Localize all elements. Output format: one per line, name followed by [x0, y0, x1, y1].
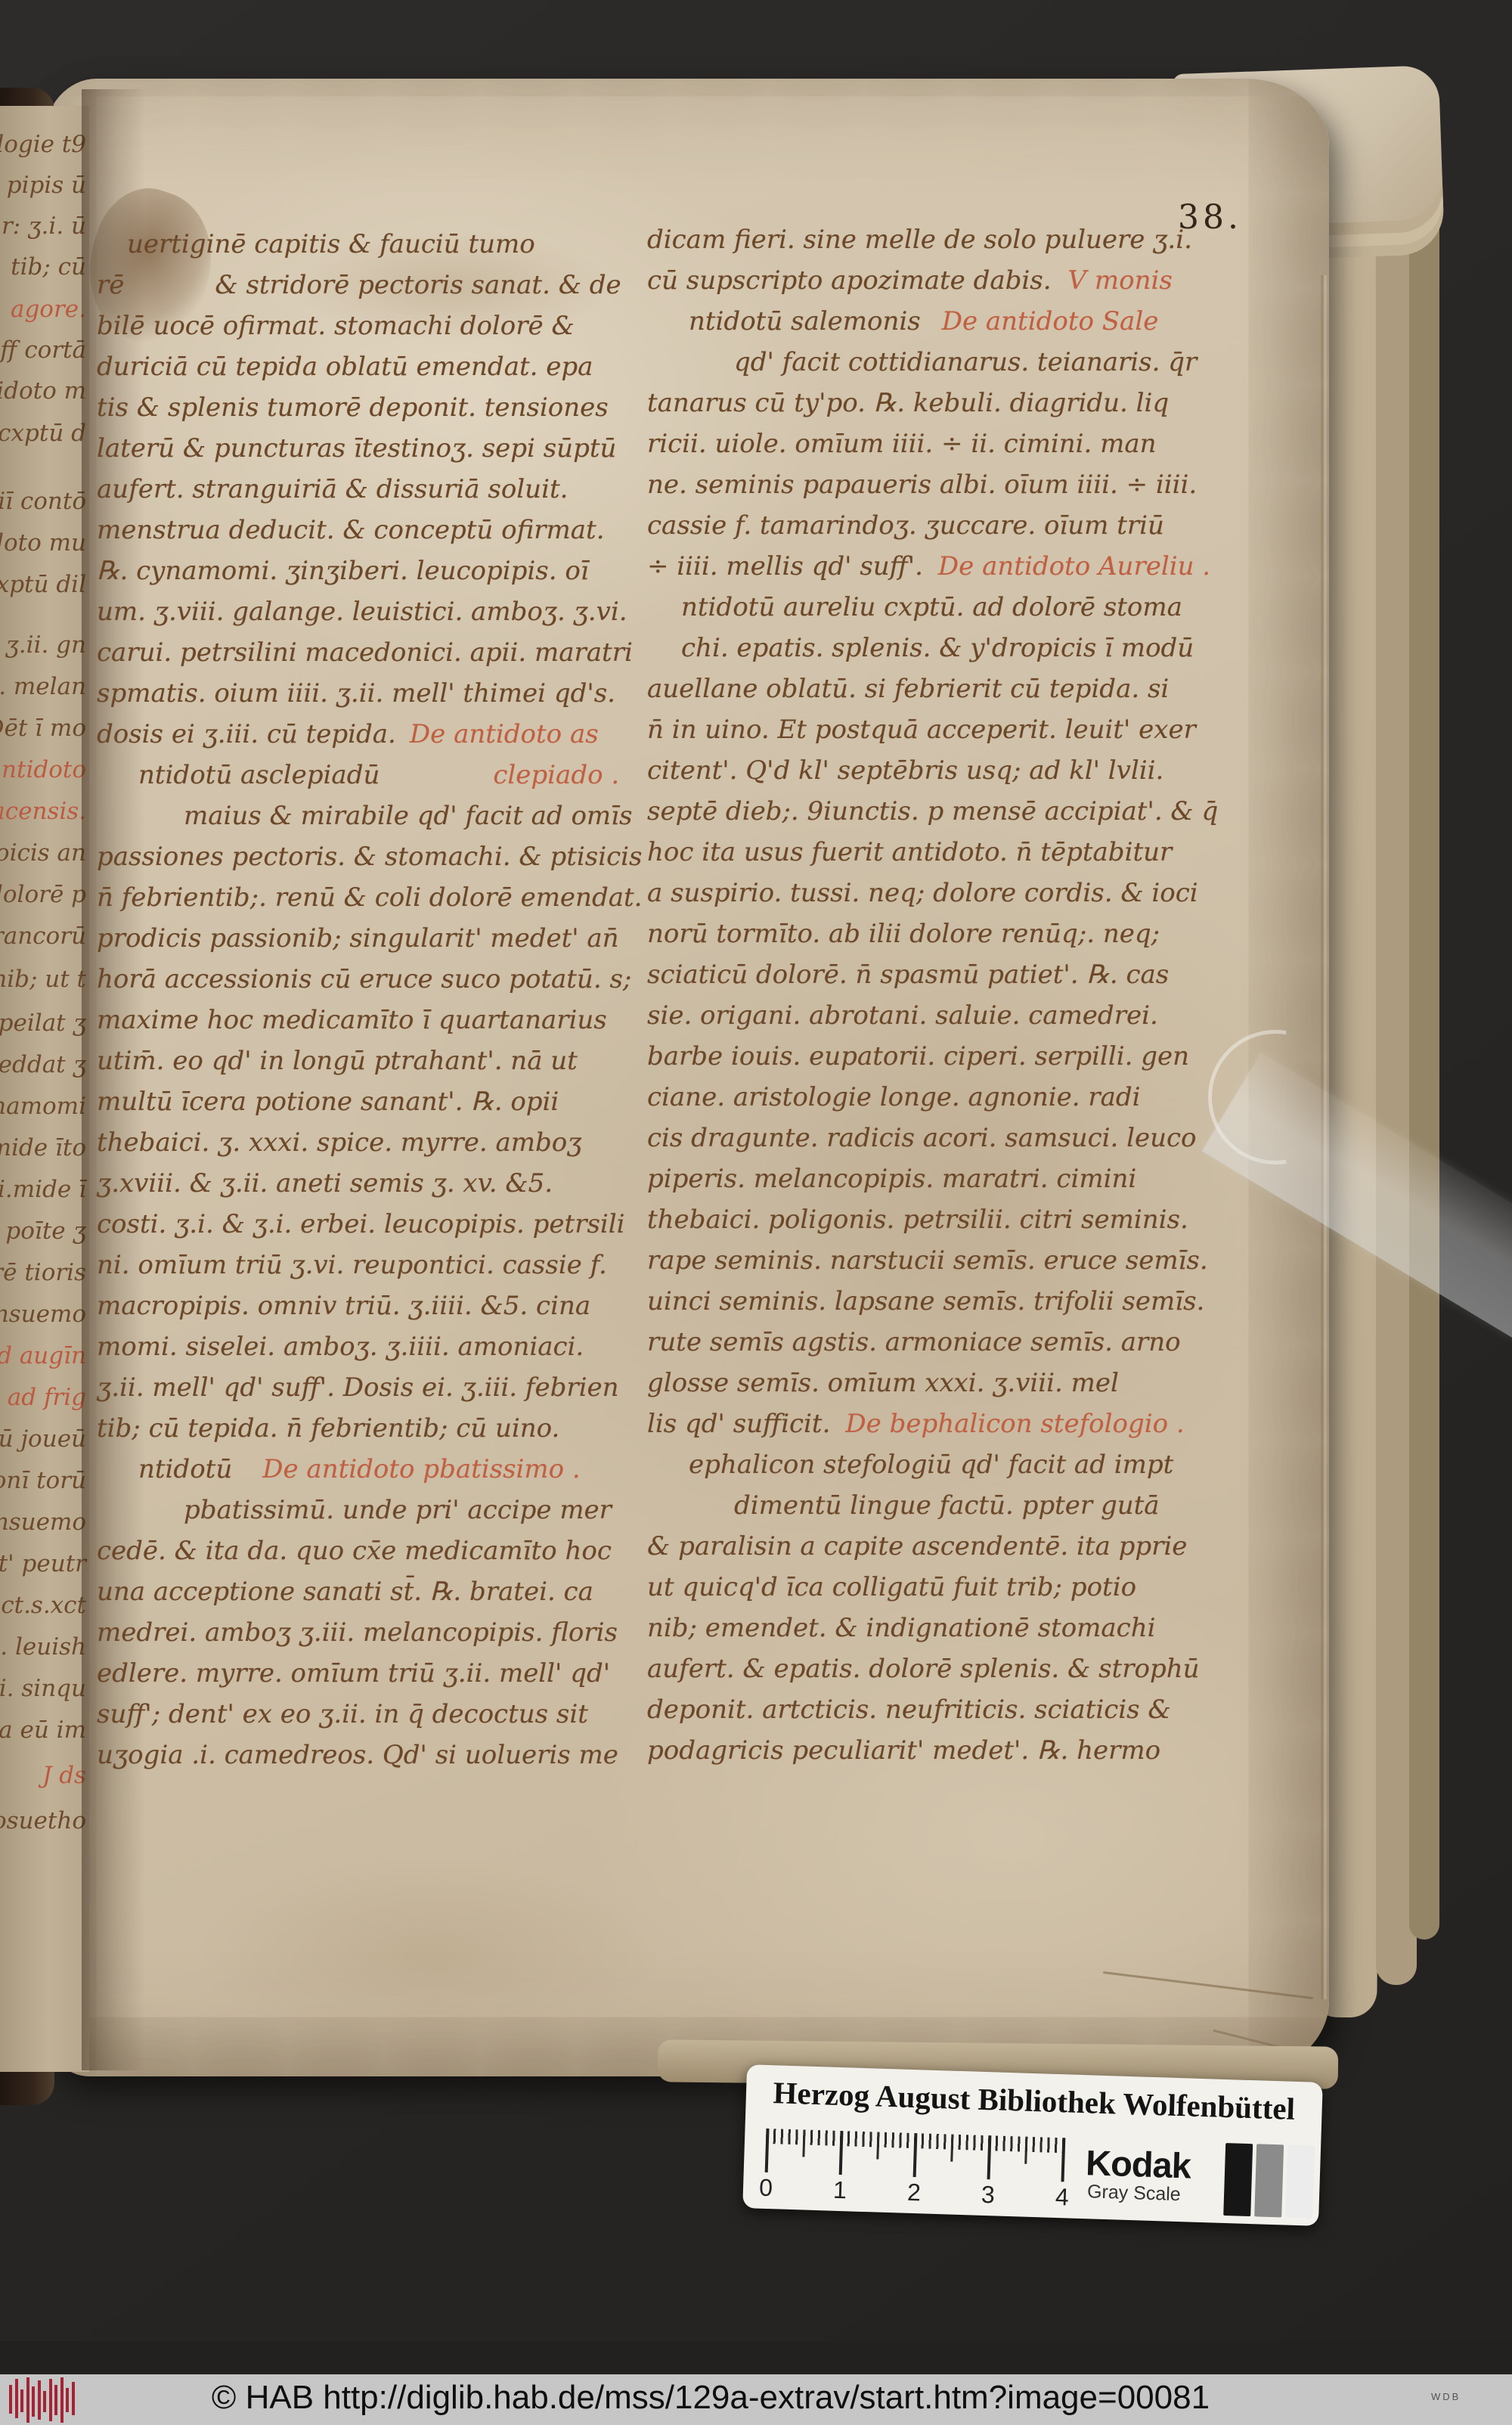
body-text: ÷ iiii. mellis qd' suff'.: [647, 551, 923, 581]
body-text: hoc ita usus fuerit antidoto. n̄ tēptabi…: [647, 837, 1172, 867]
manuscript-line: momi. siselei. amboʒ. ʒ.iiii. amoniaci.: [97, 1326, 658, 1367]
manuscript-line: ni. omīum triū ʒ.vi. reupontici. cassie …: [97, 1245, 658, 1285]
manuscript-line: lis qd' sufficit.De bephalicon stefologi…: [647, 1403, 1219, 1444]
rubric-text: V monis: [1068, 265, 1173, 296]
manuscript-line: multū īcera potione sanant'. ℞. opii: [97, 1081, 658, 1122]
manuscript-line: bilē uocē ofirmat. stomachi dolorē &: [97, 305, 658, 346]
manuscript-line: maius & mirabile qd' facit ad omīs: [97, 795, 658, 836]
manuscript-line: qd' facit cottidianarus. teianaris. q̄r: [647, 342, 1219, 383]
body-text: barbe iouis. eupatorii. ciperi. serpilli…: [647, 1041, 1189, 1071]
digitized-manuscript-scan: { "page_number": "38.", "colors": { "bac…: [0, 0, 1512, 2425]
body-text: dosis ei ʒ.iii. cū tepida.: [97, 719, 396, 749]
leaf-edge-fragment: i. sinqu: [0, 1671, 86, 1706]
manuscript-line: horā accessionis cū eruce suco potatū. s…: [97, 959, 658, 1000]
body-text: cis dragunte. radicis acori. samsuci. le…: [647, 1123, 1197, 1153]
leaf-edge-fragment: · & ʒ.ii. gn: [0, 628, 86, 662]
gray-patch: [1285, 2145, 1315, 2219]
previous-leaf-edge: ologie t9co pipis ūr: ʒ.i. ūtib; cūagore…: [0, 106, 89, 2072]
leaf-edge-fragment: i. &s. melan: [0, 669, 86, 704]
body-text: utim̄. eo qd' in longū ptrahant'. nā ut: [97, 1046, 578, 1076]
manuscript-line: edlere. myrre. omīum triū ʒ.ii. mell' qd…: [97, 1653, 658, 1694]
manuscript-line: podagricis peculiarit' medet'. ℞. hermo: [647, 1730, 1219, 1771]
ruler-number: 1: [833, 2176, 847, 2205]
kodak-brand: Kodak: [1085, 2141, 1191, 2186]
rubric-text: De antidoto Sale: [942, 306, 1159, 336]
body-text: ntidotū salemonis: [689, 306, 921, 336]
body-text: spmatis. oium iiii. ʒ.ii. mell' thimei q…: [97, 678, 615, 709]
ruler-number: 3: [981, 2181, 995, 2209]
body-text: piperis. melancopipis. maratri. cimini: [647, 1164, 1136, 1194]
leaf-edge-fragment: tib; cū: [11, 250, 86, 284]
rubric-text: De antidoto Aureliu .: [938, 551, 1210, 581]
ruler-cm-tick: [765, 2129, 770, 2172]
body-text: uʒogia .i. camedreos. Qd' si uolueris me: [97, 1740, 618, 1770]
leaf-edge-fragment: r: ʒ.i. ū: [2, 209, 86, 243]
leaf-edge-fragment: ff peilat ʒ: [0, 1006, 86, 1040]
manuscript-line: barbe iouis. eupatorii. ciperi. serpilli…: [647, 1036, 1219, 1077]
leaf-edge-fragment: ntidoto m: [0, 374, 86, 408]
body-text: una acceptione sanati st̄. ℞. bratei. ca: [97, 1577, 593, 1607]
body-text: podagricis peculiarit' medet'. ℞. hermo: [647, 1735, 1160, 1766]
leaf-edge-fragment: osuetho: [0, 1803, 86, 1838]
manuscript-line: septē dieb;. 9iunctis. p mensē accipiat'…: [647, 791, 1219, 832]
ruler-cm-tick: [913, 2133, 918, 2177]
manuscript-line: ntidotūDe antidoto pbatissimo .: [97, 1449, 658, 1490]
body-text: pbatissimū. unde pri' accipe mer: [184, 1495, 612, 1525]
body-text: n̄ in uino. Et postquā acceperit. leuit'…: [647, 715, 1196, 745]
manuscript-line: sciaticū dolorē. n̄ spasmū patiet'. ℞. c…: [647, 954, 1219, 995]
rubric-text: De antidoto as: [410, 719, 599, 749]
manuscript-line: duriciā cū tepida oblatū emendat. epa: [97, 346, 658, 387]
manuscript-line: ne. seminis papaueris albi. oīum iiii. ÷…: [647, 464, 1219, 505]
leaf-edge-fragment: co pipis ū: [0, 168, 86, 203]
body-text: prodicis passionib; singularit' medet' a…: [97, 923, 619, 954]
body-text: costi. ʒ.i. & ʒ.i. erbei. leucopipis. pe…: [97, 1209, 625, 1239]
manuscript-line: laterū & puncturas ītestinoʒ. sepi sūptū: [97, 428, 658, 469]
manuscript-line: nib; emendet. & indignationē stomachi: [647, 1608, 1219, 1648]
manuscript-line: aufert. & epatis. dolorē splenis. & stro…: [647, 1648, 1219, 1689]
body-text: norū tormīto. ab ilii dolore renūq;. neq…: [647, 919, 1160, 949]
body-text: edlere. myrre. omīum triū ʒ.ii. mell' qd…: [97, 1658, 610, 1689]
body-text: aufert. & epatis. dolorē splenis. & stro…: [647, 1654, 1200, 1684]
leaf-edge-fragment: ad frig: [8, 1380, 86, 1415]
body-text: thebaici. poligonis. petrsilii. citri se…: [647, 1205, 1188, 1235]
leaf-edge-fragment: ad dolorē p: [0, 877, 86, 912]
body-text: passiones pectoris. & stomachi. & ptisic…: [97, 842, 642, 872]
manuscript-line: cū supscripto apozimate dabis.V monis: [647, 260, 1219, 301]
body-text: ʒ.ii. mell' qd' suff'. Dosis ei. ʒ.iii. …: [97, 1372, 618, 1403]
library-name: Herzog August Bibliothek Wolfenbüttel: [745, 2073, 1322, 2128]
manuscript-line: ciane. aristologie longe. agnonie. radi: [647, 1077, 1219, 1118]
manuscript-line: cassie f. tamarindoʒ. ʒuccare. oīum triū: [647, 505, 1219, 546]
manuscript-line: rute semīs agstis. armoniace semīs. arno: [647, 1322, 1219, 1363]
manuscript-line: rape seminis. narstucii semīs. eruce sem…: [647, 1240, 1219, 1281]
leaf-edge-fragment: b.ff cortā: [0, 333, 86, 367]
ruler-half-tick: [802, 2129, 805, 2157]
manuscript-line: dosis ei ʒ.iii. cū tepida.De antidoto as: [97, 714, 658, 755]
body-text: aufert. stranguiriā & dissuriā soluit.: [97, 474, 568, 504]
dark-band: [0, 2341, 1512, 2374]
manuscript-line: a suspirio. tussi. neq; dolore cordis. &…: [647, 873, 1219, 913]
body-text: ntidotū asclepiadū: [138, 760, 380, 790]
gray-patch: [1223, 2143, 1253, 2216]
leaf-edge-fragment: ssionib; ut t: [0, 962, 86, 997]
leaf-edge-fragment: msuemo: [0, 1297, 86, 1332]
manuscript-line: hoc ita usus fuerit antidoto. n̄ tēptabi…: [647, 832, 1219, 873]
ruler-number: 2: [906, 2178, 921, 2207]
body-text: thebaici. ʒ. xxxi. spice. myrre. amboʒ: [97, 1127, 581, 1158]
body-text: & paralisin a capite ascendentē. ita ppr…: [647, 1531, 1187, 1561]
leaf-edge-fragment: ntidoto mu: [0, 526, 86, 560]
leaf-edge-fragment: ē. Dēt ī mo: [0, 711, 86, 746]
manuscript-line: ntidotū aureliu cxptū. ad dolorē stoma: [647, 587, 1219, 628]
manuscript-line: ntidotū salemonisDe antidoto Sale: [647, 301, 1219, 342]
body-text: horā accessionis cū eruce suco potatū. s…: [97, 964, 631, 994]
scale-card: Herzog August Bibliothek Wolfenbüttel 01…: [742, 2064, 1323, 2226]
body-text: duriciā cū tepida oblatū emendat. epa: [97, 352, 593, 382]
body-text: ne. seminis papaueris albi. oīum iiii. ÷…: [647, 470, 1197, 500]
manuscript-line: auellane oblatū. si febrierit cū tepida.…: [647, 668, 1219, 709]
body-text: rape seminis. narstucii semīs. eruce sem…: [647, 1245, 1208, 1276]
manuscript-line: glosse semīs. omīum xxxi. ʒ.viii. mel: [647, 1363, 1219, 1403]
body-text: tib; cū tepida. n̄ febrientib; cū uino.: [97, 1413, 559, 1444]
manuscript-line: utim̄. eo qd' in longū ptrahant'. nā ut: [97, 1040, 658, 1081]
manuscript-line: menstrua deducit. & conceptū ofirmat.: [97, 510, 658, 550]
manuscript-line: norū tormīto. ab ilii dolore renūq;. neq…: [647, 913, 1219, 954]
body-text: ni. omīum triū ʒ.vi. reupontici. cassie …: [97, 1250, 607, 1280]
leaf-edge-fragment: ē cxptū d: [0, 416, 86, 451]
body-text: medrei. amboʒ ʒ.iii. melancopipis. flori…: [97, 1617, 618, 1648]
body-text: a suspirio. tussi. neq; dolore cordis. &…: [647, 878, 1198, 908]
manuscript-line: carui. petrsilini macedonici. apii. mara…: [97, 632, 658, 673]
manuscript-line: passiones pectoris. & stomachi. & ptisic…: [97, 836, 658, 877]
ruler-cm-tick: [1061, 2138, 1066, 2182]
body-text: ℞. cynamomi. ʒinʒiberi. leucopipis. oī: [97, 556, 589, 586]
manuscript-line: dimentū lingue factū. ppter gutā: [647, 1485, 1219, 1526]
body-text: rē: [97, 270, 124, 300]
manuscript-line: tanarus cū ty'po. ℞. kebuli. diagridu. l…: [647, 383, 1219, 423]
ruler-half-tick: [950, 2135, 953, 2162]
manuscript-line: tis & splenis tumorē deponit. tensiones: [97, 387, 658, 428]
manuscript-line: deponit. artcticis. neufriticis. sciatic…: [647, 1689, 1219, 1730]
body-text: bilē uocē ofirmat. stomachi dolorē &: [97, 311, 575, 341]
manuscript-line: dicam fieri. sine melle de solo puluere …: [647, 219, 1219, 260]
body-text: ntidotū aureliu cxptū. ad dolorē stoma: [681, 592, 1182, 622]
body-text: lis qd' sufficit.: [647, 1409, 830, 1439]
manuscript-line: ricii. uiole. omīum iiii. ÷ ii. cimini. …: [647, 423, 1219, 464]
manuscript-line: aufert. stranguiriā & dissuriā soluit.: [97, 469, 658, 510]
body-text: ciane. aristologie longe. agnonie. radi: [647, 1082, 1141, 1112]
leaf-edge-fragment: ct.s.xct: [1, 1588, 86, 1623]
leaf-edge-fragment: tiorē tioris: [0, 1255, 86, 1290]
ruler-half-tick: [1024, 2137, 1027, 2164]
body-text: ephalicon stefologiū qd' facit ad impt: [689, 1450, 1173, 1480]
body-text: n̄ febrientib;. renū & coli dolorē emend…: [97, 882, 642, 913]
body-text: cedē. & ita da. quo cx̄e medicamīto hoc: [97, 1536, 612, 1566]
body-text: ʒ.xviii. & ʒ.ii. aneti semis ʒ. xv. &5.: [97, 1168, 553, 1199]
body-text: ricii. uiole. omīum iiii. ÷ ii. cimini. …: [647, 429, 1157, 459]
manuscript-line: medrei. amboʒ ʒ.iii. melancopipis. flori…: [97, 1612, 658, 1653]
body-text: laterū & puncturas ītestinoʒ. sepi sūptū: [97, 433, 616, 464]
manuscript-line: citent'. Q'd kl' septēbris usq; ad kl' l…: [647, 750, 1219, 791]
manuscript-line: n̄ febrientib;. renū & coli dolorē emend…: [97, 877, 658, 918]
body-text: ut quicq'd īca colligatū fuit trib; poti…: [647, 1572, 1136, 1602]
rubric-text: De antidoto pbatissimo .: [262, 1454, 581, 1484]
rubric-text: clepiado .: [493, 760, 619, 790]
leaf-edge-fragment: De antidoto: [0, 752, 86, 787]
leaf-edge-fragment: reddat ʒ: [0, 1047, 86, 1082]
body-text: glosse semīs. omīum xxxi. ʒ.viii. mel: [647, 1368, 1119, 1398]
text-column-right: dicam fieri. sine melle de solo puluere …: [647, 219, 1219, 1771]
manuscript-line: spmatis. oium iiii. ʒ.ii. mell' thimei q…: [97, 673, 658, 714]
leaf-edge-fragment: disnoicis an: [0, 836, 86, 870]
body-text: chi. epatis. splenis. & y'dropicis ī mod…: [681, 633, 1194, 663]
cm-ruler: 01234: [765, 2129, 1069, 2184]
body-text: carui. petrsilini macedonici. apii. mara…: [97, 637, 633, 668]
body-text: rute semīs agstis. armoniace semīs. arno: [647, 1327, 1181, 1357]
body-text: maxime hoc medicamīto ī quartanarius: [97, 1005, 607, 1035]
leaf-edge-fragment: d augīn: [0, 1338, 86, 1373]
manuscript-line: tib; cū tepida. n̄ febrientib; cū uino.: [97, 1408, 658, 1449]
manuscript-line: ʒ.xviii. & ʒ.ii. aneti semis ʒ. xv. &5.: [97, 1163, 658, 1204]
parchment-crack: [1103, 1971, 1313, 1999]
manuscript-line: maxime hoc medicamīto ī quartanarius: [97, 1000, 658, 1040]
manuscript-line: ℞. cynamomi. ʒinʒiberi. leucopipis. oī: [97, 550, 658, 591]
leaf-edge-fragment: hoū joueū: [0, 1422, 86, 1456]
body-text: uertiginē capitis & fauciū tumo: [127, 229, 535, 259]
rubric-text: De bephalicon stefologio .: [845, 1409, 1184, 1439]
leaf-edge-fragment: msuemo: [0, 1505, 86, 1540]
body-text: momi. siselei. amboʒ. ʒ.iiii. amoniaci.: [97, 1332, 584, 1362]
body-text: uinci seminis. lapsane semīs. trifolii s…: [647, 1286, 1204, 1316]
leaf-edge-fragment: J ds: [42, 1758, 86, 1793]
manuscript-line: n̄ in uino. Et postquā acceperit. leuit'…: [647, 709, 1219, 750]
body-text: deponit. artcticis. neufriticis. sciatic…: [647, 1695, 1171, 1725]
leaf-edge-fragment: nit' peutr: [0, 1546, 86, 1581]
manuscript-line: thebaici. poligonis. petrsilii. citri se…: [647, 1199, 1219, 1240]
manuscript-line: cis dragunte. radicis acori. samsuci. le…: [647, 1118, 1219, 1158]
leaf-edge-fragment: ē cxptū dil: [0, 567, 86, 602]
manuscript-line: prodicis passionib; singularit' medet' a…: [97, 918, 658, 959]
manuscript-line: thebaici. ʒ. xxxi. spice. myrre. amboʒ: [97, 1122, 658, 1163]
body-text: cū supscripto apozimate dabis.: [647, 265, 1052, 296]
body-text: ntidotū: [138, 1454, 232, 1484]
leaf-edge-fragment: agore.: [11, 292, 86, 327]
manuscript-line: uʒogia .i. camedreos. Qd' si uolueris me: [97, 1735, 658, 1775]
leaf-edge-fragment: na eū im: [0, 1713, 86, 1747]
manuscript-line: sie. origani. abrotani. saluie. camedrei…: [647, 995, 1219, 1036]
wdb-small-label: WDB: [1431, 2391, 1461, 2402]
ruler-number: 0: [759, 2174, 773, 2203]
copyright-footer-bar: © HAB http://diglib.hab.de/mss/129a-extr…: [0, 2374, 1512, 2425]
manuscript-line: ntidotū asclepiadūclepiado .: [97, 755, 658, 795]
leaf-edge-fragment: ē poīte ʒ: [0, 1214, 86, 1248]
manuscript-line: uinci seminis. lapsane semīs. trifolii s…: [647, 1281, 1219, 1322]
ruler-cm-tick: [839, 2131, 844, 2175]
body-text: & stridorē pectoris sanat. & de: [215, 270, 621, 300]
body-text: nib; emendet. & indignationē stomachi: [647, 1613, 1156, 1643]
body-text: macropipis. omniv triū. ʒ.iiii. &5. cina: [97, 1291, 590, 1321]
gray-patch: [1254, 2144, 1284, 2217]
manuscript-line: una acceptione sanati st̄. ℞. bratei. ca: [97, 1571, 658, 1612]
body-text: multū īcera potione sanant'. ℞. opii: [97, 1087, 559, 1117]
body-text: menstrua deducit. & conceptū ofirmat.: [97, 515, 605, 545]
stain: [195, 1856, 664, 2052]
body-text: qd' facit cottidianarus. teianaris. q̄r: [734, 347, 1197, 377]
body-text: citent'. Q'd kl' septēbris usq; ad kl' l…: [647, 755, 1163, 786]
manuscript-line: ÷ iiii. mellis qd' suff'.De antidoto Aur…: [647, 546, 1219, 587]
manuscript-line: costi. ʒ.i. & ʒ.i. erbei. leucopipis. pe…: [97, 1204, 658, 1245]
body-text: tanarus cū ty'po. ℞. kebuli. diagridu. l…: [647, 388, 1169, 418]
gray-scale-label: Gray Scale: [1087, 2181, 1182, 2206]
body-text: suff'; dent' ex eo ʒ.ii. in q̄ decoctus …: [97, 1699, 588, 1729]
text-column-left: uertiginē capitis & fauciū tumorē& strid…: [97, 224, 658, 1775]
body-text: tis & splenis tumorē deponit. tensiones: [97, 392, 609, 423]
leaf-edge-fragment: k īterancorū: [0, 919, 86, 954]
body-text: auellane oblatū. si febrierit cū tepida.…: [647, 674, 1169, 704]
manuscript-line: pbatissimū. unde pri' accipe mer: [97, 1490, 658, 1530]
manuscript-line: um. ʒ.viii. galange. leuistici. amboʒ. ʒ…: [97, 591, 658, 632]
page-edge-stack-3: [1409, 185, 1439, 1940]
manuscript-line: uertiginē capitis & fauciū tumo: [97, 224, 658, 265]
leaf-edge-fragment: amide īto: [0, 1130, 86, 1165]
manuscript-line: ut quicq'd īca colligatū fuit trib; poti…: [647, 1567, 1219, 1608]
ruler-number: 4: [1055, 2183, 1069, 2212]
ruler-half-tick: [876, 2132, 879, 2160]
leaf-edge-fragment: i. leuish: [0, 1630, 86, 1664]
leaf-edge-fragment: y'namomi: [0, 1089, 86, 1124]
body-text: cassie f. tamarindoʒ. ʒuccare. oīum triū: [647, 510, 1164, 541]
manuscript-line: macropipis. omniv triū. ʒ.iiii. &5. cina: [97, 1285, 658, 1326]
body-text: um. ʒ.viii. galange. leuistici. amboʒ. ʒ…: [97, 597, 627, 627]
leaf-edge-fragment: ʒ ui.mide ī: [0, 1172, 86, 1207]
body-text: dimentū lingue factū. ppter gutā: [734, 1490, 1160, 1521]
gray-scale-patches: [1223, 2143, 1315, 2219]
manuscript-line: ʒ.ii. mell' qd' suff'. Dosis ei. ʒ.iii. …: [97, 1367, 658, 1408]
body-text: septē dieb;. 9iunctis. p mensē accipiat'…: [647, 796, 1218, 826]
body-text: sie. origani. abrotani. saluie. camedrei…: [647, 1000, 1158, 1031]
manuscript-line: & paralisin a capite ascendentē. ita ppr…: [647, 1526, 1219, 1567]
copyright-url-text: © HAB http://diglib.hab.de/mss/129a-extr…: [0, 2379, 1421, 2417]
body-text: sciaticū dolorē. n̄ spasmū patiet'. ℞. c…: [647, 960, 1169, 990]
manuscript-line: suff'; dent' ex eo ʒ.ii. in q̄ decoctus …: [97, 1694, 658, 1735]
manuscript-line: piperis. melancopipis. maratri. cimini: [647, 1158, 1219, 1199]
leaf-edge-fragment: ologie t9: [0, 127, 86, 162]
manuscript-line: rē& stridorē pectoris sanat. & de: [97, 265, 658, 305]
manuscript-line: cedē. & ita da. quo cx̄e medicamīto hoc: [97, 1530, 658, 1571]
manuscript-line: chi. epatis. splenis. & y'dropicis ī mod…: [647, 628, 1219, 668]
manuscript-line: ephalicon stefologiū qd' facit ad impt: [647, 1444, 1219, 1485]
body-text: dicam fieri. sine melle de solo puluere …: [647, 225, 1192, 255]
body-text: maius & mirabile qd' facit ad omīs: [184, 801, 633, 831]
ruler-cm-tick: [987, 2135, 992, 2179]
leaf-edge-fragment: acensis.: [0, 794, 86, 829]
leaf-edge-fragment: b.iī contō: [0, 484, 86, 519]
leaf-edge-fragment: tonī torū: [0, 1463, 86, 1498]
